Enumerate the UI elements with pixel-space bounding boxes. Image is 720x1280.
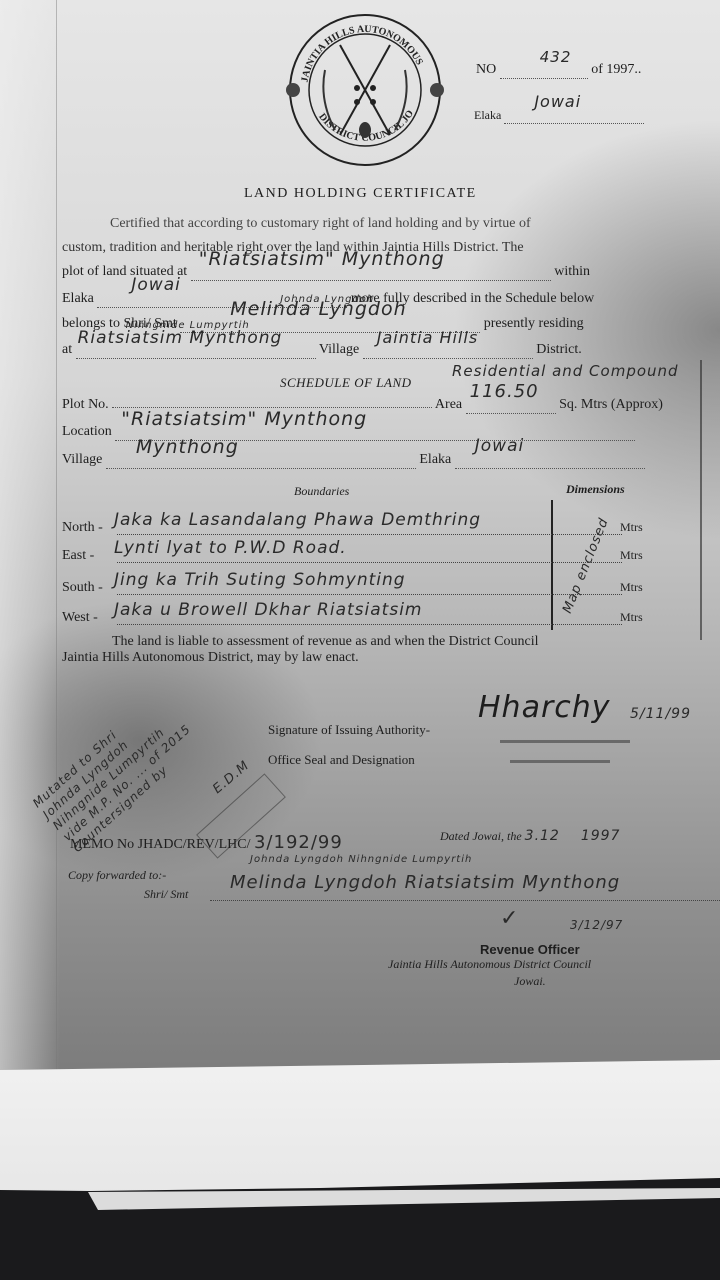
elaka-body-value: Jowai xyxy=(131,275,180,295)
elaka-schedule-value: Jowai xyxy=(475,436,524,456)
residence-field: Riatsiatsim Mynthong Nihngnide Lumpyrtih xyxy=(76,342,316,359)
dated-year: 1997 xyxy=(581,828,621,844)
officer-place: Jowai. xyxy=(514,974,546,989)
page-fold xyxy=(700,360,702,640)
certificate-sheet: JAINTIA HILLS AUTONOMOUS DISTRICT COUNCI… xyxy=(0,0,720,1075)
officer-signature: ✓ xyxy=(500,906,519,931)
no-value: 432 xyxy=(540,48,572,66)
boundary-unit: Mtrs xyxy=(620,520,643,535)
plot-location-value: "Riatsiatsim" Mynthong xyxy=(199,248,445,270)
council-seal-emblem: JAINTIA HILLS AUTONOMOUS DISTRICT COUNCI… xyxy=(285,10,445,170)
village-schedule-value: Mynthong xyxy=(136,436,239,458)
elaka-schedule-label: Elaka xyxy=(419,452,451,467)
shri-smt-label: Shri/ Smt xyxy=(144,887,188,902)
village-schedule-field: Mynthong xyxy=(106,452,416,469)
issuing-authority-label: Signature of Issuing Authority- xyxy=(268,722,430,738)
area-value: 116.50 xyxy=(470,381,539,402)
stamp-line-1 xyxy=(500,740,630,743)
boundary-line xyxy=(117,594,622,595)
copy-forwarded-label: Copy forwarded to:- xyxy=(68,868,166,883)
village-schedule-label: Village xyxy=(62,452,102,467)
elaka-value: Jowai xyxy=(534,92,581,111)
body-line-1: Certified that according to customary ri… xyxy=(110,216,531,232)
district-value: Jaintia Hills xyxy=(377,328,478,347)
district-field: Jaintia Hills xyxy=(363,342,533,359)
dated-value: 3.12 xyxy=(525,828,560,844)
boundary-unit: Mtrs xyxy=(620,580,643,595)
plot-location-field: "Riatsiatsim" Mynthong xyxy=(191,264,551,281)
year-label: of 1997.. xyxy=(591,62,641,77)
boundary-value: Jaka ka Lasandalang Phawa Demthring xyxy=(114,510,481,530)
boundary-line xyxy=(117,534,622,535)
officer-sign-date: 3/12/97 xyxy=(570,918,623,932)
officer-org: Jaintia Hills Autonomous District Counci… xyxy=(388,957,591,972)
dated-label: Dated Jowai, the xyxy=(440,829,522,843)
recipient-value: Melinda Lyngdoh Riatsiatsim Mynthong xyxy=(230,872,620,893)
location-label: Location xyxy=(62,424,112,439)
schedule-title: SCHEDULE OF LAND xyxy=(280,375,412,391)
boundary-direction: South - xyxy=(62,580,103,595)
boundary-value: Jaka u Browell Dkhar Riatsiatsim xyxy=(114,600,422,620)
issuing-signature-date: 5/11/99 xyxy=(630,706,691,722)
plot-no-label: Plot No. xyxy=(62,397,109,412)
boundary-line xyxy=(117,624,622,625)
village-row: Village Mynthong Elaka Jowai xyxy=(62,452,645,469)
dated-row: Dated Jowai, the 3.12 1997 xyxy=(440,828,620,844)
elaka-body-label: Elaka xyxy=(62,291,94,306)
paper-edge xyxy=(88,1188,720,1210)
elaka-field: Jowai xyxy=(504,108,644,124)
recipient-field xyxy=(210,900,720,901)
margin-line xyxy=(56,0,57,1070)
boundary-row-east: East -Lynti lyat to P.W.D Road.Mtrs xyxy=(62,548,662,564)
within-label: within xyxy=(554,264,590,279)
location-value: "Riatsiatsim" Mynthong xyxy=(121,408,367,430)
residence-value: Riatsiatsim Mynthong xyxy=(78,328,283,348)
memo-row: MEMO No JHADC/REV/LHC/ 3/192/99 xyxy=(70,832,343,853)
land-type-value: Residential and Compound xyxy=(452,362,679,380)
document-title: LAND HOLDING CERTIFICATE xyxy=(244,186,477,202)
boundary-unit: Mtrs xyxy=(620,548,643,563)
residence-row: at Riatsiatsim Mynthong Nihngnide Lumpyr… xyxy=(62,342,582,359)
boundary-value: Jing ka Trih Suting Sohmynting xyxy=(114,570,406,590)
certificate-number-row: NO 432 of 1997.. xyxy=(476,62,641,79)
boundary-row-west: West -Jaka u Browell Dkhar RiatsiatsimMt… xyxy=(62,610,662,626)
issuing-signature: Hharchy xyxy=(478,690,611,725)
village-label: Village xyxy=(319,342,359,357)
boundaries-heading: Boundaries xyxy=(294,484,349,499)
boundary-direction: North - xyxy=(62,520,103,535)
area-label: Area xyxy=(435,397,462,412)
boundary-value: Lynti lyat to P.W.D Road. xyxy=(114,538,347,558)
boundary-row-south: South -Jing ka Trih Suting SohmyntingMtr… xyxy=(62,580,662,596)
elaka-schedule-field: Jowai xyxy=(455,452,645,469)
elaka-header-row: Elaka Jowai xyxy=(474,108,644,124)
boundary-unit: Mtrs xyxy=(620,610,643,625)
residence-overwrite: Nihngnide Lumpyrtih xyxy=(126,320,250,331)
liability-line-2: Jaintia Hills Autonomous District, may b… xyxy=(62,650,359,666)
no-field: 432 xyxy=(500,62,588,79)
boundary-direction: East - xyxy=(62,548,94,563)
district-label: District. xyxy=(536,342,582,357)
paper-underlay xyxy=(0,1060,720,1196)
residing-label: presently residing xyxy=(484,316,584,331)
recipient-overwrite: Johnda Lyngdoh Nihngnide Lumpyrtih xyxy=(250,854,472,865)
at-label: at xyxy=(62,342,72,357)
officer-title: Revenue Officer xyxy=(480,942,580,957)
boundary-line xyxy=(117,562,622,563)
elaka-label: Elaka xyxy=(474,108,501,122)
boundary-row-north: North -Jaka ka Lasandalang Phawa Demthri… xyxy=(62,520,662,536)
office-seal-label: Office Seal and Designation xyxy=(268,752,415,768)
area-field: 116.50 xyxy=(466,397,556,414)
boundary-direction: West - xyxy=(62,610,98,625)
dimensions-heading: Dimensions xyxy=(566,482,625,497)
area-unit: Sq. Mtrs (Approx) xyxy=(559,397,663,412)
memo-label: MEMO No JHADC/REV/LHC/ xyxy=(70,837,250,852)
no-label: NO xyxy=(476,62,496,77)
liability-line-1: The land is liable to assessment of reve… xyxy=(112,634,539,650)
stamp-line-2 xyxy=(510,760,610,763)
memo-number: 3/192/99 xyxy=(254,832,343,853)
owner-overwrite: Johnda Lyngdoh xyxy=(280,294,374,305)
